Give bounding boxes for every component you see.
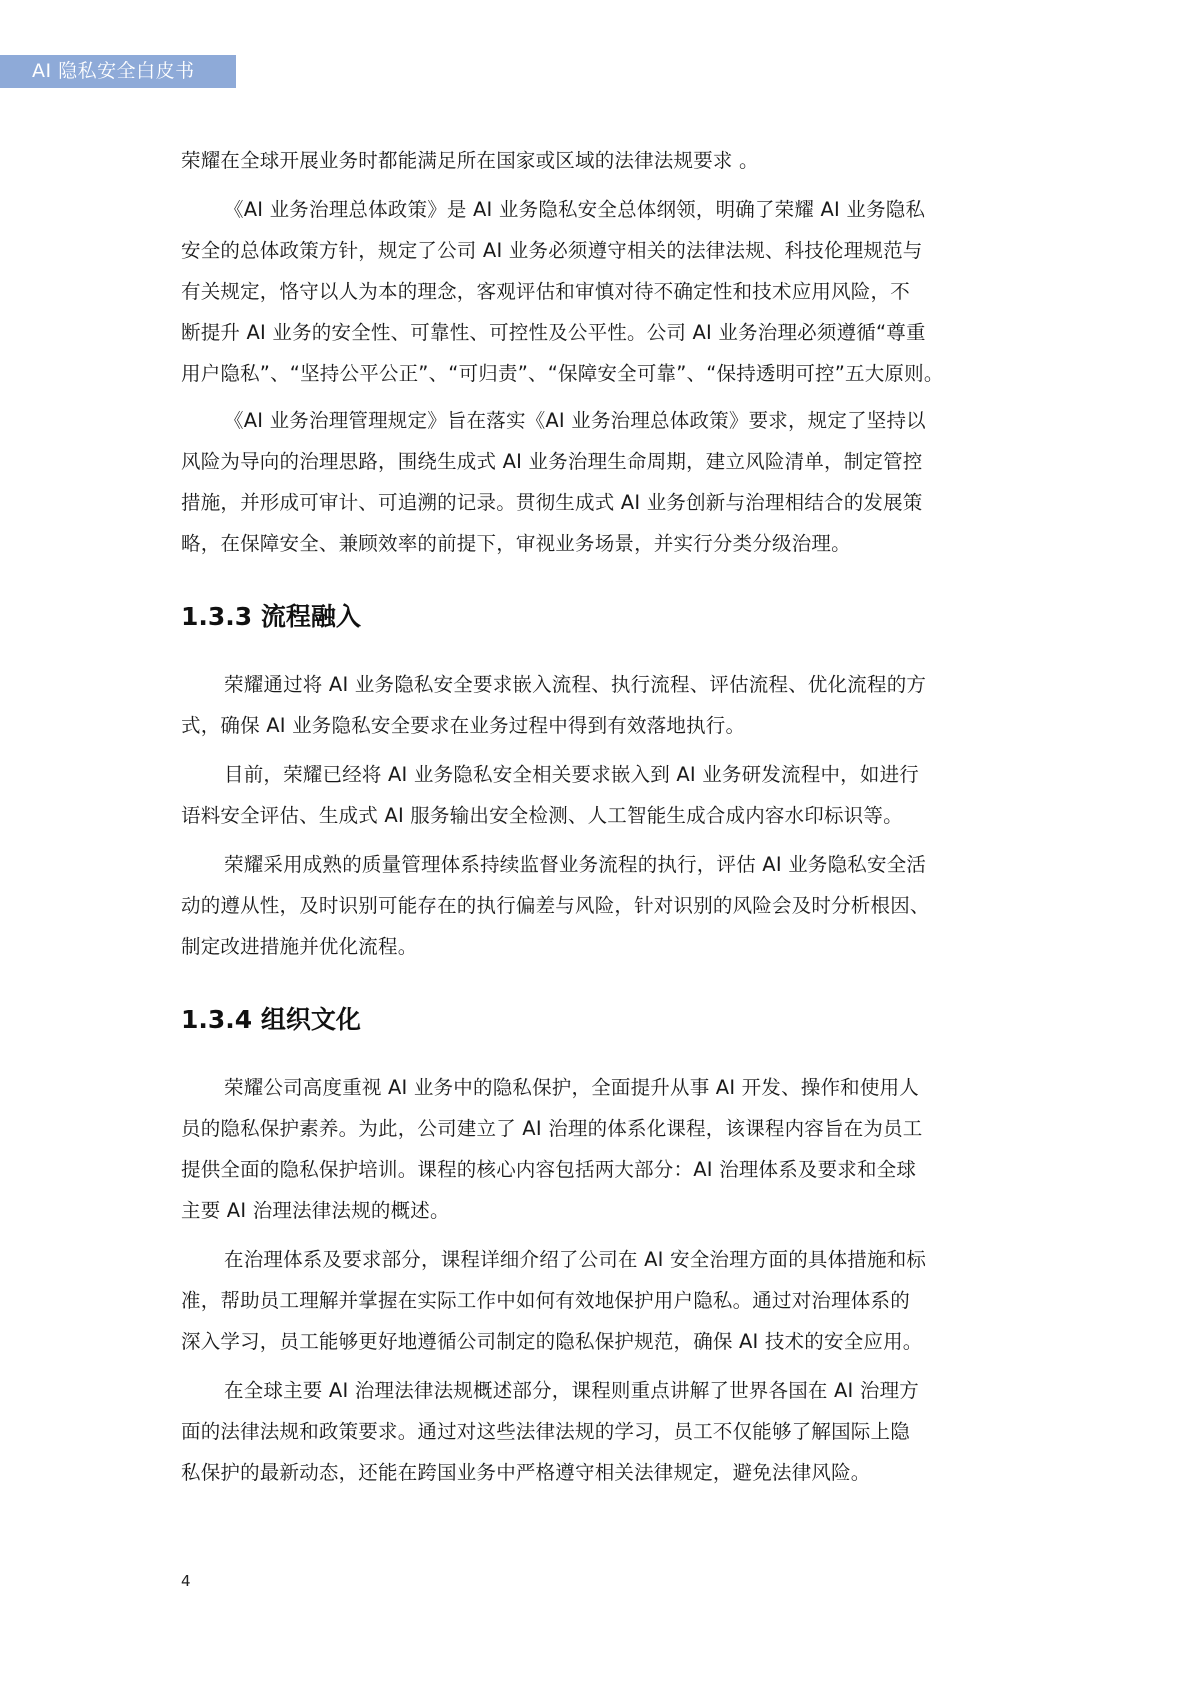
text-line: 《AI 业务治理总体政策》是 AI 业务隐私安全总体纲领，明确了荣耀 AI 业务…: [181, 189, 1029, 230]
text-line: 面的法律法规和政策要求。通过对这些法律法规的学习，员工不仅能够了解国际上隐: [181, 1411, 1029, 1452]
page-content: 荣耀在全球开展业务时都能满足所在国家或区域的法律法规要求 。 《AI 业务治理总…: [181, 140, 1029, 1501]
text-line: 《AI 业务治理管理规定》旨在落实《AI 业务治理总体政策》要求，规定了坚持以: [181, 400, 1029, 441]
paragraph-current-status: 目前，荣耀已经将 AI 业务隐私安全相关要求嵌入到 AI 业务研发流程中，如进行…: [181, 754, 1029, 836]
paragraph-quality-management: 荣耀采用成熟的质量管理体系持续监督业务流程的执行，评估 AI 业务隐私安全活 动…: [181, 844, 1029, 967]
paragraph-privacy-training: 荣耀公司高度重视 AI 业务中的隐私保护，全面提升从事 AI 开发、操作和使用人…: [181, 1067, 1029, 1231]
section-heading-1-3-4: 1.3.4 组织文化: [181, 1003, 1029, 1037]
text-line: 荣耀在全球开展业务时都能满足所在国家或区域的法律法规要求 。: [181, 140, 1029, 181]
text-line: 准，帮助员工理解并掌握在实际工作中如何有效地保护用户隐私。通过对治理体系的: [181, 1280, 1029, 1321]
paragraph-overall-policy: 《AI 业务治理总体政策》是 AI 业务隐私安全总体纲领，明确了荣耀 AI 业务…: [181, 189, 1029, 394]
document-header-tab: AI 隐私安全白皮书: [0, 55, 236, 88]
text-line: 荣耀采用成熟的质量管理体系持续监督业务流程的执行，评估 AI 业务隐私安全活: [181, 844, 1029, 885]
text-line: 动的遵从性，及时识别可能存在的执行偏差与风险，针对识别的风险会及时分析根因、: [181, 885, 1029, 926]
text-line: 制定改进措施并优化流程。: [181, 926, 1029, 967]
text-line: 私保护的最新动态，还能在跨国业务中严格遵守相关法律规定，避免法律风险。: [181, 1452, 1029, 1493]
text-line: 荣耀公司高度重视 AI 业务中的隐私保护，全面提升从事 AI 开发、操作和使用人: [181, 1067, 1029, 1108]
text-line: 风险为导向的治理思路，围绕生成式 AI 业务治理生命周期，建立风险清单，制定管控: [181, 441, 1029, 482]
text-line: 断提升 AI 业务的安全性、可靠性、可控性及公平性。公司 AI 业务治理必须遵循…: [181, 312, 1029, 353]
document-title: AI 隐私安全白皮书: [32, 60, 195, 82]
paragraph-governance-system: 在治理体系及要求部分，课程详细介绍了公司在 AI 安全治理方面的具体措施和标 准…: [181, 1239, 1029, 1362]
paragraph-global-regulations: 在全球主要 AI 治理法律法规概述部分，课程则重点讲解了世界各国在 AI 治理方…: [181, 1370, 1029, 1493]
paragraph-process-embedding: 荣耀通过将 AI 业务隐私安全要求嵌入流程、执行流程、评估流程、优化流程的方 式…: [181, 664, 1029, 746]
text-line: 目前，荣耀已经将 AI 业务隐私安全相关要求嵌入到 AI 业务研发流程中，如进行: [181, 754, 1029, 795]
text-line: 有关规定，恪守以人为本的理念，客观评估和审慎对待不确定性和技术应用风险，不: [181, 271, 1029, 312]
text-line: 措施，并形成可审计、可追溯的记录。贯彻生成式 AI 业务创新与治理相结合的发展策: [181, 482, 1029, 523]
text-line: 提供全面的隐私保护培训。课程的核心内容包括两大部分：AI 治理体系及要求和全球: [181, 1149, 1029, 1190]
paragraph-management-rules: 《AI 业务治理管理规定》旨在落实《AI 业务治理总体政策》要求，规定了坚持以 …: [181, 400, 1029, 564]
text-line: 略，在保障安全、兼顾效率的前提下，审视业务场景，并实行分类分级治理。: [181, 523, 1029, 564]
text-line: 主要 AI 治理法律法规的概述。: [181, 1190, 1029, 1231]
paragraph-intro: 荣耀在全球开展业务时都能满足所在国家或区域的法律法规要求 。: [181, 140, 1029, 181]
text-line: 用户隐私”、“坚持公平公正”、“可归责”、“保障安全可靠”、“保持透明可控”五大…: [181, 353, 1029, 394]
text-line: 深入学习，员工能够更好地遵循公司制定的隐私保护规范，确保 AI 技术的安全应用。: [181, 1321, 1029, 1362]
section-heading-1-3-3: 1.3.3 流程融入: [181, 600, 1029, 634]
text-line: 在全球主要 AI 治理法律法规概述部分，课程则重点讲解了世界各国在 AI 治理方: [181, 1370, 1029, 1411]
page-number: 4: [181, 1572, 191, 1590]
text-line: 语料安全评估、生成式 AI 服务输出安全检测、人工智能生成合成内容水印标识等。: [181, 795, 1029, 836]
text-line: 在治理体系及要求部分，课程详细介绍了公司在 AI 安全治理方面的具体措施和标: [181, 1239, 1029, 1280]
text-line: 式，确保 AI 业务隐私安全要求在业务过程中得到有效落地执行。: [181, 705, 1029, 746]
text-line: 荣耀通过将 AI 业务隐私安全要求嵌入流程、执行流程、评估流程、优化流程的方: [181, 664, 1029, 705]
text-line: 安全的总体政策方针，规定了公司 AI 业务必须遵守相关的法律法规、科技伦理规范与: [181, 230, 1029, 271]
text-line: 员的隐私保护素养。为此，公司建立了 AI 治理的体系化课程，该课程内容旨在为员工: [181, 1108, 1029, 1149]
